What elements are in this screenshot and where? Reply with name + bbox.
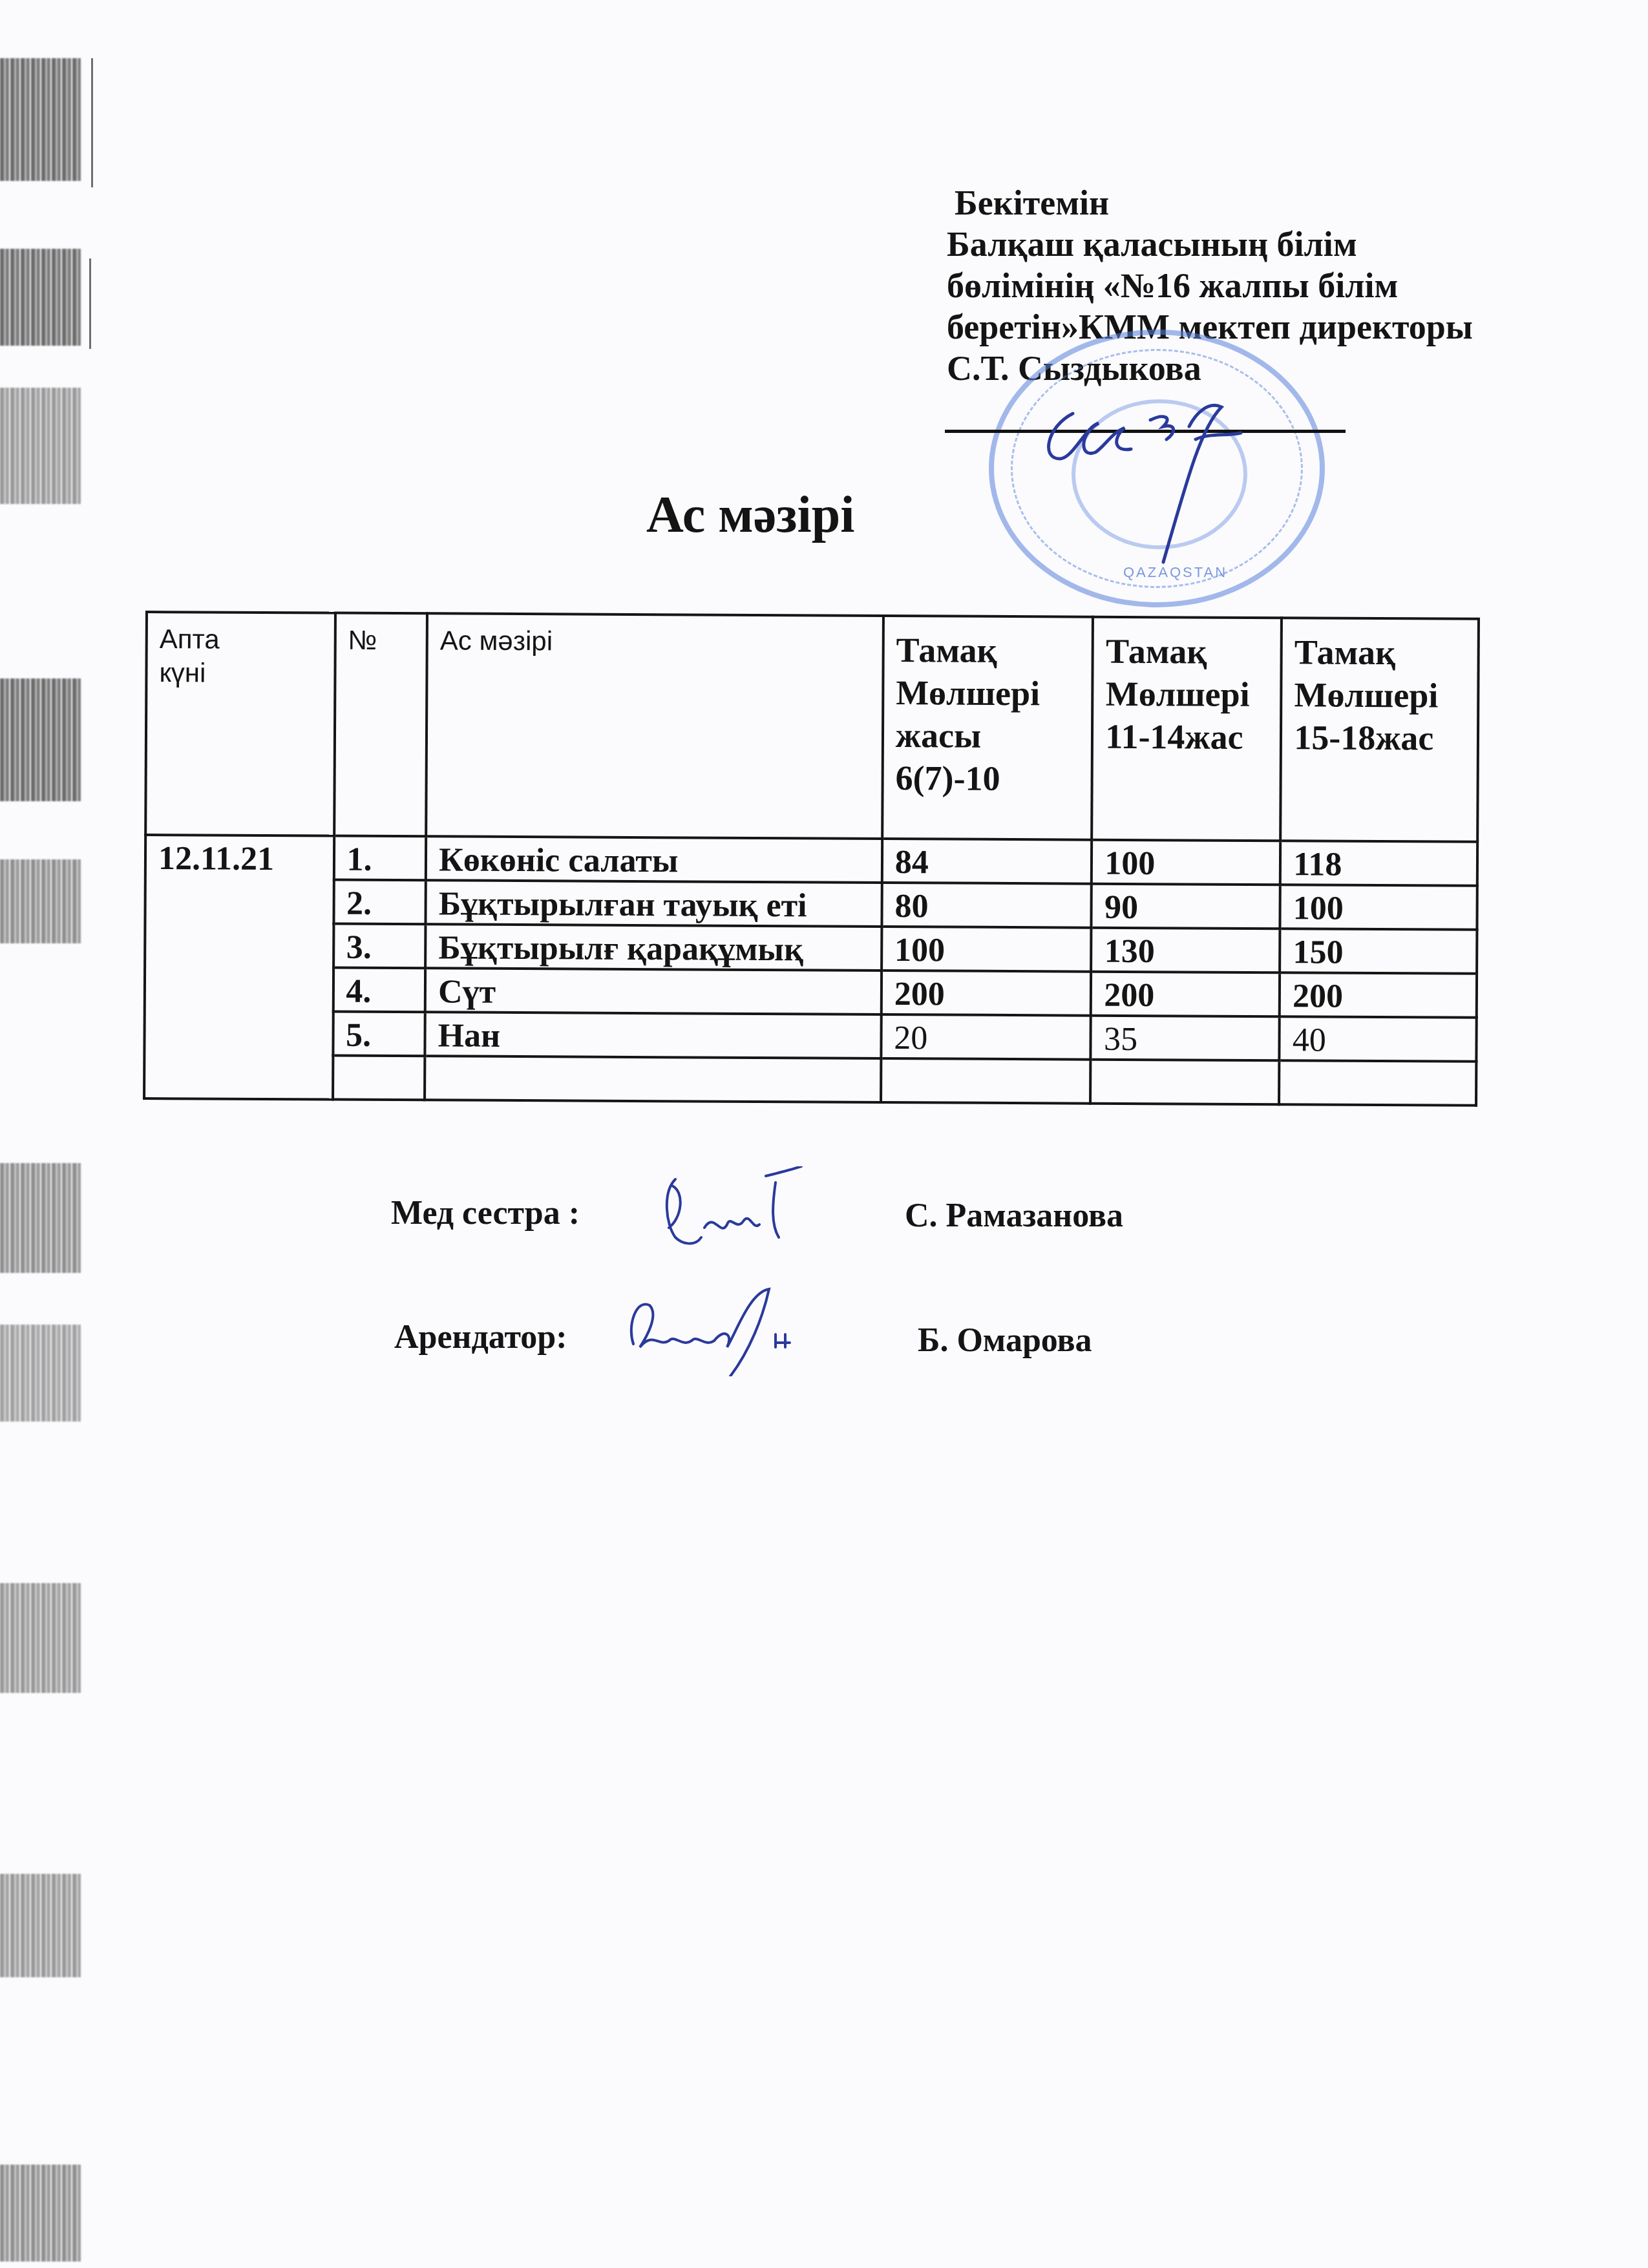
dish-name: Нан [425,1012,882,1058]
scan-blot [0,2165,81,2262]
scan-blot [0,678,81,801]
header-menu: Ас мәзірі [426,613,883,839]
portion-11-14: 130 [1092,928,1280,973]
director-signature [1034,388,1280,575]
table-row: 2. Бұқтырылған тауық еті 80 90 100 [145,879,1477,930]
row-number: 3. [333,924,426,969]
table-row: 4. Сүт 200 200 200 [145,967,1477,1018]
nurse-role-label: Мед сестра : [391,1194,580,1232]
tenant-role-label: Арендатор: [394,1318,567,1356]
portion-15-18: 100 [1280,885,1477,930]
header-text: Тамақ [896,629,1080,672]
portion-11-14: 35 [1091,1016,1280,1061]
table-header-row: Апта күні № Ас мәзірі Тамақ Мөлшері жасы… [145,612,1479,842]
header-age-11-14: Тамақ Мөлшері 11-14жас [1092,617,1282,841]
scan-blot [0,58,81,181]
portion-15-18: 118 [1280,841,1477,886]
tenant-signature [620,1286,814,1376]
portion-15-18: 200 [1280,972,1477,1018]
table-row: 3. Бұқтырылғ қарақұмық 100 130 150 [145,923,1477,974]
header-day: Апта күні [145,612,335,836]
table-row: 12.11.21 1. Көкөніс салаты 84 100 118 [145,835,1477,886]
table-row-empty [144,1055,1476,1106]
approval-heading: Бекітемін [947,182,1473,224]
scan-artifact [0,0,97,2268]
header-text: Тамақ [1106,630,1269,673]
portion-6-10: 84 [882,839,1092,884]
page-title: Ас мәзірі [646,486,854,545]
row-number: 4. [333,968,425,1013]
row-number [333,1056,425,1100]
scan-blot [0,1163,81,1273]
portion-11-14: 100 [1092,840,1280,885]
portion-11-14: 90 [1092,884,1280,929]
row-number: 2. [333,880,426,925]
header-text: 15-18жас [1294,716,1465,759]
dish-name: Бұқтырылған тауық еті [426,880,882,927]
header-text: Тамақ [1294,631,1466,674]
header-text: жасы [896,714,1080,757]
dish-name: Бұқтырылғ қарақұмық [425,924,882,971]
portion-6-10 [881,1058,1091,1104]
header-text: күні [159,656,322,690]
date-cell: 12.11.21 [144,835,334,1100]
scan-line [89,258,91,349]
nurse-name: С. Рамазанова [905,1197,1123,1235]
scan-blot [0,1583,81,1693]
portion-15-18 [1279,1060,1476,1106]
portion-15-18: 150 [1280,929,1477,974]
scan-blot [0,859,81,943]
scan-line [91,58,93,187]
header-text: Мөлшері [1294,673,1465,717]
header-text: Мөлшері [1106,673,1269,716]
portion-11-14: 200 [1091,972,1280,1017]
portion-6-10: 200 [882,971,1092,1016]
portion-6-10: 20 [881,1014,1091,1060]
table-row: 5. Нан 20 35 40 [144,1011,1476,1062]
approval-line: бөлімінің «№16 жалпы білім [947,265,1473,306]
tenant-name: Б. Омарова [918,1321,1092,1360]
dish-name: Сүт [425,968,882,1014]
row-number: 1. [333,836,426,881]
scan-blot [0,388,81,504]
header-age-15-18: Тамақ Мөлшері 15-18жас [1280,618,1479,842]
nurse-signature [656,1166,824,1254]
portion-6-10: 100 [882,927,1092,972]
header-text: Апта [160,622,322,656]
portion-11-14 [1090,1060,1279,1105]
menu-table: Апта күні № Ас мәзірі Тамақ Мөлшері жасы… [143,611,1480,1107]
portion-15-18: 40 [1280,1016,1477,1062]
dish-name: Көкөніс салаты [426,836,882,883]
header-text: 6(7)-10 [895,757,1079,800]
header-text: Мөлшері [896,671,1080,715]
scan-blot [0,249,81,346]
dish-name [425,1056,881,1102]
scan-blot [0,1325,81,1422]
header-text: 11-14жас [1105,715,1268,759]
row-number: 5. [333,1012,425,1056]
header-age-6-10: Тамақ Мөлшері жасы 6(7)-10 [882,616,1093,840]
header-number: № [334,613,427,837]
scan-blot [0,1874,81,1977]
portion-6-10: 80 [882,883,1092,928]
approval-line: Балқаш қаласының білім [947,224,1473,265]
